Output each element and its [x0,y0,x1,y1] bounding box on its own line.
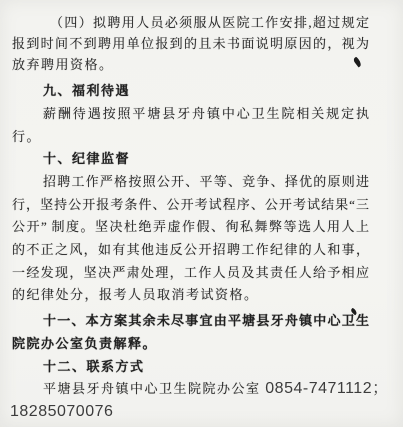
heading-section-9: 九、福利待遇 [12,81,369,101]
contact-office-label: 平塘县牙舟镇中心卫生院院办公室 [43,381,265,396]
discipline-line-5: 一经发现，坚决严肃处理，工作人员及其责任人给予相应 [12,263,369,283]
interpretation-line-1: 十一、本方案其余未尽事宜由平塘县牙舟镇中心卫生 [12,311,369,331]
discipline-line-3: 公开” 制度。坚决杜绝弄虚作假、徇私舞弊等选人用人上 [12,217,369,237]
contact-phone-alt: 18285070076 [10,402,367,422]
salary-line-1: 薪酬待遇按照平塘县牙舟镇中心卫生院相关规定执 [12,104,369,124]
discipline-line-4: 的不正之风，如有其他违反公开招聘工作纪律的人和事， [12,240,369,260]
clause-4-line-1: （四）拟聘用人员必须服从医院工作安排,超过规定 [12,13,369,33]
discipline-line-6: 的纪律处分，报考人员取消考试资格。 [12,285,369,305]
heading-section-10: 十、纪律监督 [12,149,369,169]
contact-line: 平塘县牙舟镇中心卫生院院办公室 0854-7471112； [12,379,400,399]
scanned-document-page: （四）拟聘用人员必须服从医院工作安排,超过规定 报到时间不到聘用单位报到的且未书… [0,0,403,427]
salary-line-2: 行。 [12,127,369,147]
interpretation-line-2: 院院办公室负责解释。 [12,334,369,354]
discipline-line-2: 行，坚持公开报考条件、公开考试程序、公开考试结果“三 [12,195,369,215]
discipline-line-1: 招聘工作严格按照公开、平等、竞争、择优的原则进 [12,172,369,192]
clause-4-line-3: 放弃聘用资格。 [12,55,369,75]
heading-section-12: 十二、联系方式 [12,357,369,377]
contact-phone-main: 0854-7471112； [265,380,388,397]
clause-4-line-2: 报到时间不到聘用单位报到的且未书面说明原因的，视为 [12,34,369,54]
